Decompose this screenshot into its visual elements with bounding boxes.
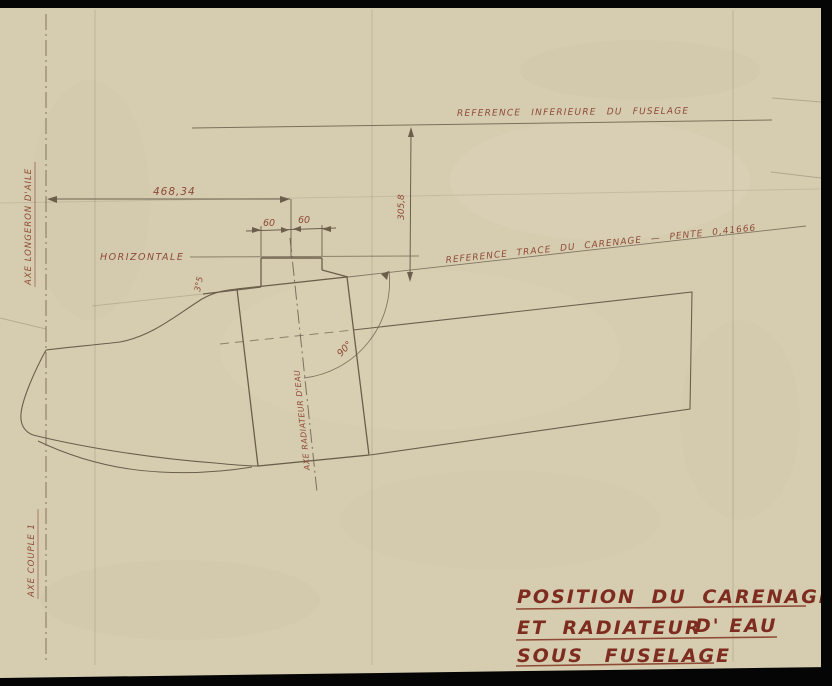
fuselage-lower-reference-label: REFERENCE INFERIEURE DU FUSELAGE xyxy=(457,107,689,119)
horizontal-label: HORIZONTALE xyxy=(100,252,184,263)
notch-approach-slope xyxy=(203,287,261,294)
paper-stains xyxy=(30,40,800,640)
paper-stain xyxy=(520,40,760,100)
dim-305-value: 305,8 xyxy=(397,194,407,220)
drawing-canvas: REFERENCE INFERIEURE DU FUSELAGE REFEREN… xyxy=(0,0,832,686)
paper-stain xyxy=(30,80,150,320)
paper-stain xyxy=(450,120,750,240)
crease-top-left xyxy=(0,318,46,329)
wedge-angle-label: 3°5 xyxy=(193,276,206,293)
arrowhead-60-left xyxy=(252,227,261,233)
arrowhead-up xyxy=(408,127,414,137)
scanned-technical-drawing: REFERENCE INFERIEURE DU FUSELAGE REFEREN… xyxy=(0,0,832,686)
paper-stain xyxy=(680,320,800,520)
title-line1: POSITION DU CARENAGE xyxy=(517,586,832,608)
left-body-leading-edge xyxy=(21,350,46,435)
dim-60-left-value: 60 xyxy=(263,218,275,229)
crease-right-lower xyxy=(771,172,821,178)
dim-305-line xyxy=(410,129,411,280)
arrowhead-60-mid-r xyxy=(293,226,301,232)
dim-468-value: 468,34 xyxy=(153,186,196,198)
scan-border-top xyxy=(0,0,832,8)
left-body-top-edge xyxy=(46,342,120,350)
dim-60-right-value: 60 xyxy=(298,215,310,226)
crease-right-upper xyxy=(772,98,821,102)
frame1-axis-label: AXE COUPLE 1 xyxy=(27,523,37,598)
title-line2b: D' EAU xyxy=(695,615,777,637)
paper-stain xyxy=(40,560,320,640)
spar-axis-label: AXE LONGERON D'AILE xyxy=(24,168,34,286)
horizontal-line xyxy=(190,256,419,257)
arrowhead-right xyxy=(280,196,290,203)
paper-stain xyxy=(220,270,620,430)
scan-border-bottom xyxy=(0,667,832,686)
arrowhead-60-mid-l xyxy=(281,227,289,233)
left-body-keel-curve xyxy=(38,441,252,473)
arrowhead-60-right xyxy=(322,226,331,232)
paper-stain xyxy=(340,470,660,570)
scan-border-right xyxy=(821,0,832,686)
fuselage-lower-reference-line xyxy=(192,120,772,128)
notch-step-down xyxy=(322,270,348,277)
left-body-bottom-line xyxy=(33,435,258,466)
title-line2a: ET RADIATEUR xyxy=(517,617,702,639)
title-block: POSITION DU CARENAGE ET RADIATEUR D' EAU… xyxy=(516,586,832,667)
